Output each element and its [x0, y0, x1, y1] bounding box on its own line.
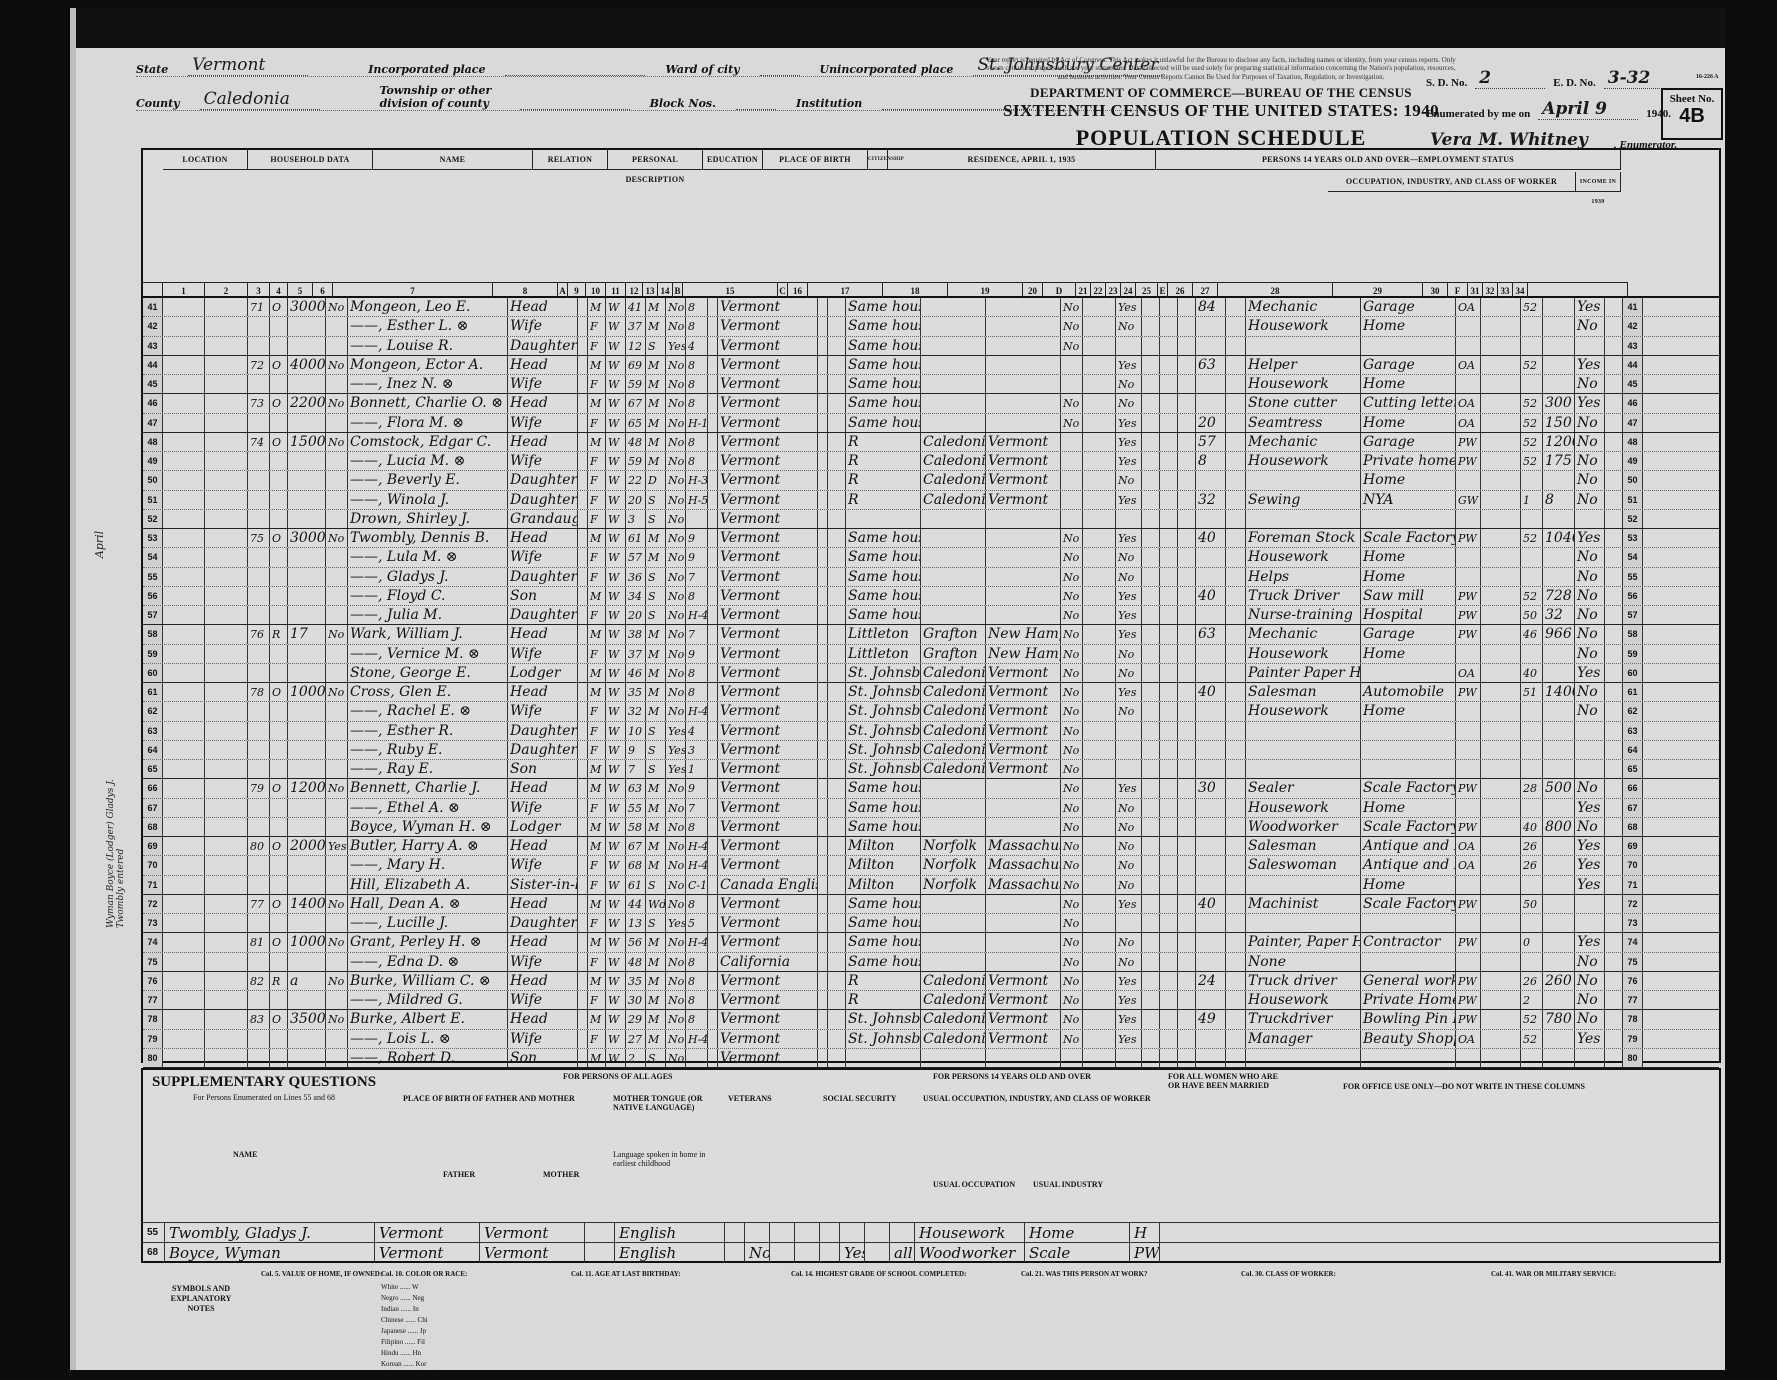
cell-name: ——, Lois L. ⊗	[348, 1030, 508, 1048]
cell-res-farm	[1061, 452, 1083, 470]
cell-blank	[1481, 548, 1521, 566]
cell-name: ——, Lucia M. ⊗	[348, 452, 508, 470]
cell-blank	[578, 394, 588, 412]
cell-line: 41	[1623, 298, 1643, 316]
cell-name: ——, Flora M. ⊗	[348, 414, 508, 432]
cell-value	[288, 702, 326, 720]
cell-res-city: R	[846, 972, 921, 990]
cell-blank	[1226, 529, 1246, 547]
cell-blank	[1142, 491, 1160, 509]
cell-res-farm: No	[1061, 837, 1083, 855]
cell-blank	[1178, 394, 1196, 412]
cell-age: 13	[626, 914, 646, 932]
cell-res-state: Vermont	[986, 433, 1061, 451]
cell-age: 56	[626, 933, 646, 951]
cell-blank	[578, 414, 588, 432]
cell-blank	[1178, 914, 1196, 932]
supp-cell-name: Boyce, Wyman	[165, 1243, 375, 1262]
cell-age: 58	[626, 818, 646, 836]
cell-res-farm: No	[1061, 1010, 1083, 1028]
cell-blank	[1142, 452, 1160, 470]
cell-value: 3000	[288, 529, 326, 547]
supp-cell-father: Vermont	[375, 1243, 480, 1262]
supp-social-security: SOCIAL SECURITY	[823, 1094, 897, 1103]
cell-sch: No	[666, 933, 686, 951]
cell-blank	[818, 779, 828, 797]
cell-occ-hrs	[1196, 471, 1226, 489]
column-number: 33	[1498, 282, 1513, 298]
cell-blank	[578, 356, 588, 374]
cell-farm	[326, 568, 348, 586]
cell-race: W	[606, 471, 626, 489]
cell-blank	[205, 818, 248, 836]
cell-cls: OA	[1456, 664, 1481, 682]
supp-cell-mother: Vermont	[480, 1243, 585, 1262]
cell-blank	[1481, 991, 1521, 1009]
cell-age: 3	[626, 510, 646, 528]
cell-grade: H-4	[686, 856, 708, 874]
cell-blank	[578, 856, 588, 874]
cell-blank	[828, 702, 846, 720]
cell-line: 42	[143, 317, 163, 335]
cell-own: R	[270, 625, 288, 643]
cell-value	[288, 337, 326, 355]
table-row: 70——, Mary H.WifeFW68MNoH-4VermontMilton…	[143, 856, 1719, 875]
cell-cls	[1456, 741, 1481, 759]
cell-mar: D	[646, 471, 666, 489]
cell-blank	[1178, 895, 1196, 913]
cell-sch: No	[666, 414, 686, 432]
cell-res-farm	[1061, 356, 1083, 374]
cell-occ: Painter Paper Hanger	[1246, 664, 1361, 682]
cell-grade: H-5	[686, 491, 708, 509]
cell-ind: Garage	[1361, 433, 1456, 451]
note-col21: Col. 21. WAS THIS PERSON AT WORK?	[1021, 1270, 1148, 1278]
cell-blank	[205, 587, 248, 605]
race-code-item: Korean ...... Kor	[381, 1359, 531, 1370]
cell-mar: S	[646, 722, 666, 740]
cell-ind: Home	[1361, 876, 1456, 894]
column-number: 5	[288, 282, 313, 298]
cell-blank	[1481, 452, 1521, 470]
cell-birth: Vermont	[718, 914, 818, 932]
cell-occ-hrs: 20	[1196, 414, 1226, 432]
cell-line: 50	[1623, 471, 1643, 489]
cell-blank	[1605, 491, 1623, 509]
cell-blank	[708, 991, 718, 1009]
cell-name: Stone, George E.	[348, 664, 508, 682]
cell-blank	[1481, 664, 1521, 682]
cell-occ: Salesman	[1246, 837, 1361, 855]
cell-blank	[1083, 433, 1116, 451]
cell-blank	[578, 510, 588, 528]
cell-own: O	[270, 394, 288, 412]
cell-blank	[1083, 491, 1116, 509]
cell-line: 77	[143, 991, 163, 1009]
cell-hh	[248, 317, 270, 335]
cell-line: 50	[143, 471, 163, 489]
cell-hh	[248, 876, 270, 894]
cell-birth: Vermont	[718, 837, 818, 855]
cell-blank	[1160, 548, 1178, 566]
cell-weeks: 50	[1521, 606, 1543, 624]
cell-mar: S	[646, 741, 666, 759]
cell-sex: M	[588, 394, 606, 412]
cell-res-state: Vermont	[986, 972, 1061, 990]
cell-weeks: 52	[1521, 433, 1543, 451]
table-row: 65——, Ray E.SonMW7SYes1VermontSt. Johnsb…	[143, 760, 1719, 779]
cell-age: 36	[626, 568, 646, 586]
cell-sch: Yes	[666, 741, 686, 759]
cell-farm	[326, 1030, 348, 1048]
cell-sch: No	[666, 317, 686, 335]
cell-hh	[248, 664, 270, 682]
cell-blank	[1226, 1030, 1246, 1048]
cell-other: Yes	[1575, 664, 1605, 682]
cell-blank	[205, 1010, 248, 1028]
cell-weeks	[1521, 471, 1543, 489]
cell-res-county: Caledonia	[921, 760, 986, 778]
cell-birth: Canada English	[718, 876, 818, 894]
cell-work: Yes	[1116, 491, 1142, 509]
cell-blank	[1160, 356, 1178, 374]
cell-res-county	[921, 799, 986, 817]
cell-sch: No	[666, 702, 686, 720]
cell-farm	[326, 876, 348, 894]
cell-blank	[1178, 856, 1196, 874]
cell-blank	[205, 625, 248, 643]
cell-hh: 77	[248, 895, 270, 913]
cell-blank	[1142, 529, 1160, 547]
cell-work	[1116, 337, 1142, 355]
cell-res-state: Massachusetts	[986, 856, 1061, 874]
cell-sch: No	[666, 298, 686, 316]
cell-rel: Head	[508, 837, 578, 855]
cell-farm	[326, 991, 348, 1009]
cell-weeks: 50	[1521, 895, 1543, 913]
cell-value	[288, 491, 326, 509]
supp-cell-blank	[725, 1243, 745, 1262]
supp-cell-line: 68	[143, 1243, 165, 1262]
cell-rel: Head	[508, 356, 578, 374]
cell-weeks: 52	[1521, 394, 1543, 412]
cell-blank	[708, 317, 718, 335]
cell-work: No	[1116, 818, 1142, 836]
cell-blank	[1083, 587, 1116, 605]
cell-blank	[1605, 414, 1623, 432]
cell-wages	[1543, 510, 1575, 528]
cell-res-state	[986, 818, 1061, 836]
cell-blank	[708, 702, 718, 720]
cell-farm: No	[326, 1010, 348, 1028]
cell-res-state	[986, 933, 1061, 951]
cell-grade: 9	[686, 645, 708, 663]
cell-farm	[326, 317, 348, 335]
cell-weeks	[1521, 722, 1543, 740]
cell-other	[1575, 510, 1605, 528]
cell-occ-hrs	[1196, 837, 1226, 855]
cell-name: Butler, Harry A. ⊗	[348, 837, 508, 855]
cell-res-state: New Hampshire	[986, 645, 1061, 663]
cell-occ-hrs	[1196, 914, 1226, 932]
column-number: 3	[248, 282, 270, 298]
cell-grade: H-1	[686, 414, 708, 432]
cell-occ	[1246, 722, 1361, 740]
supp-office: FOR OFFICE USE ONLY—DO NOT WRITE IN THES…	[1343, 1082, 1585, 1091]
cell-blank	[1481, 722, 1521, 740]
table-row: 80——, Robert D.SonMW2SNoVermont80	[143, 1049, 1719, 1068]
cell-line: 56	[143, 587, 163, 605]
cell-sex: F	[588, 914, 606, 932]
cell-blank	[163, 953, 205, 971]
sheet-number-box: Sheet No. 4B	[1661, 88, 1723, 140]
cell-blank	[1605, 799, 1623, 817]
cell-cls	[1456, 876, 1481, 894]
population-table: LOCATION HOUSEHOLD DATA NAME RELATION PE…	[141, 148, 1721, 1063]
cell-occ-hrs	[1196, 606, 1226, 624]
cell-ind: Home	[1361, 645, 1456, 663]
cell-birth: Vermont	[718, 337, 818, 355]
cell-res-state: New Hampshire	[986, 625, 1061, 643]
cell-res-farm: No	[1061, 702, 1083, 720]
cell-blank	[1481, 837, 1521, 855]
cell-age: 9	[626, 741, 646, 759]
supp-tongue: MOTHER TONGUE (OR NATIVE LANGUAGE)	[613, 1094, 713, 1112]
cell-own	[270, 953, 288, 971]
cell-blank	[1605, 606, 1623, 624]
cell-ind: Scale Factory	[1361, 818, 1456, 836]
cell-grade: 7	[686, 625, 708, 643]
cell-mar: M	[646, 548, 666, 566]
cell-blank	[163, 568, 205, 586]
cell-value	[288, 991, 326, 1009]
cell-line: 76	[143, 972, 163, 990]
cell-birth: Vermont	[718, 548, 818, 566]
cell-line: 67	[1623, 799, 1643, 817]
cell-hh: 78	[248, 683, 270, 701]
cell-work: No	[1116, 933, 1142, 951]
cell-name: ——, Rachel E. ⊗	[348, 702, 508, 720]
cell-blank	[205, 856, 248, 874]
cell-blank	[1160, 375, 1178, 393]
cell-work: Yes	[1116, 683, 1142, 701]
cell-blank	[1226, 722, 1246, 740]
cell-race: W	[606, 702, 626, 720]
cell-blank	[1226, 837, 1246, 855]
column-number	[143, 282, 163, 298]
cell-blank	[1226, 856, 1246, 874]
cell-blank	[163, 529, 205, 547]
cell-hh	[248, 375, 270, 393]
cell-sex: M	[588, 356, 606, 374]
cell-mar: S	[646, 568, 666, 586]
cell-blank	[708, 375, 718, 393]
cell-sch: Yes	[666, 337, 686, 355]
cell-wages: 32	[1543, 606, 1575, 624]
cell-res-state: Vermont	[986, 722, 1061, 740]
cell-res-county: Caledonia	[921, 452, 986, 470]
cell-blank	[828, 818, 846, 836]
cell-grade: 8	[686, 317, 708, 335]
cell-sch: No	[666, 625, 686, 643]
cell-res-city: Milton	[846, 837, 921, 855]
sd-label: S. D. No.	[1426, 77, 1467, 89]
cell-cls: PW	[1456, 818, 1481, 836]
cell-line: 61	[143, 683, 163, 701]
cell-race: W	[606, 529, 626, 547]
cell-res-county: Caledonia	[921, 702, 986, 720]
cell-res-farm	[1061, 1049, 1083, 1067]
cell-other	[1575, 722, 1605, 740]
cell-occ-hrs	[1196, 818, 1226, 836]
cell-blank	[1226, 298, 1246, 316]
cell-res-county	[921, 1049, 986, 1067]
cell-weeks: 52	[1521, 452, 1543, 470]
cell-occ-hrs: 30	[1196, 779, 1226, 797]
cell-farm: No	[326, 895, 348, 913]
cell-res-state: Vermont	[986, 741, 1061, 759]
cell-res-county: Caledonia	[921, 433, 986, 451]
note-col10: Col. 10. COLOR OR RACE:	[381, 1270, 467, 1278]
cell-blank	[818, 683, 828, 701]
cell-occ-hrs	[1196, 722, 1226, 740]
cell-rel: Wife	[508, 414, 578, 432]
table-row: 4171O3000NoMongeon, Leo E.HeadMW41MNo8Ve…	[143, 298, 1719, 317]
cell-other: No	[1575, 1010, 1605, 1028]
cell-sex: M	[588, 1049, 606, 1067]
cell-farm	[326, 856, 348, 874]
cell-blank	[1160, 972, 1178, 990]
cell-occ-hrs	[1196, 953, 1226, 971]
cell-cls: PW	[1456, 683, 1481, 701]
cell-blank	[205, 317, 248, 335]
cell-blank	[1160, 414, 1178, 432]
cell-cls	[1456, 760, 1481, 778]
cell-blank	[1178, 799, 1196, 817]
cell-rel: Daughter	[508, 471, 578, 489]
cell-blank	[1083, 471, 1116, 489]
cell-res-county	[921, 414, 986, 432]
cell-sch: No	[666, 568, 686, 586]
cell-occ: Housework	[1246, 799, 1361, 817]
state-value: Vermont	[188, 55, 308, 76]
cell-race: W	[606, 991, 626, 1009]
supplementary-subtitle: For Persons Enumerated on Lines 55 and 6…	[149, 1090, 379, 1106]
cell-name: ——, Louise R.	[348, 337, 508, 355]
cell-blank	[163, 452, 205, 470]
cell-weeks	[1521, 510, 1543, 528]
cell-sex: F	[588, 991, 606, 1009]
cell-blank	[1178, 510, 1196, 528]
cell-sch: No	[666, 1049, 686, 1067]
cell-grade: 8	[686, 433, 708, 451]
township-label: Township or other division of county	[380, 84, 500, 110]
cell-work: No	[1116, 645, 1142, 663]
cell-age: 63	[626, 779, 646, 797]
cell-res-state: Vermont	[986, 991, 1061, 1009]
cell-birth: Vermont	[718, 625, 818, 643]
cell-blank	[578, 529, 588, 547]
cell-sch: No	[666, 664, 686, 682]
cell-blank	[578, 317, 588, 335]
note-col11: Col. 11. AGE AT LAST BIRTHDAY:	[571, 1270, 681, 1278]
cell-occ-hrs	[1196, 548, 1226, 566]
cell-other: Yes	[1575, 394, 1605, 412]
cell-farm	[326, 548, 348, 566]
cell-blank	[1605, 452, 1623, 470]
cell-res-state	[986, 337, 1061, 355]
cell-value: 2200	[288, 394, 326, 412]
cell-blank	[818, 317, 828, 335]
cell-rel: Head	[508, 394, 578, 412]
cell-occ: Painter, Paper Hanger	[1246, 933, 1361, 951]
cell-mar: M	[646, 645, 666, 663]
cell-blank	[205, 991, 248, 1009]
column-number: 10	[586, 282, 606, 298]
cell-occ-hrs	[1196, 568, 1226, 586]
cell-blank	[818, 1010, 828, 1028]
column-number: 11	[606, 282, 626, 298]
cell-res-city: St. Johnsbury	[846, 1030, 921, 1048]
cell-blank	[1178, 298, 1196, 316]
cell-occ: Mechanic	[1246, 433, 1361, 451]
cell-blank	[1142, 1030, 1160, 1048]
race-code-item: Japanese ...... Jp	[381, 1326, 531, 1337]
cell-blank	[1226, 664, 1246, 682]
cell-blank	[1481, 375, 1521, 393]
cell-blank	[1083, 856, 1116, 874]
cell-age: 29	[626, 1010, 646, 1028]
cell-value: 1400	[288, 895, 326, 913]
cell-res-city: Same house	[846, 895, 921, 913]
cell-blank	[1226, 914, 1246, 932]
cell-sch: No	[666, 895, 686, 913]
cell-farm	[326, 702, 348, 720]
cell-age: 35	[626, 972, 646, 990]
cell-res-city: Same house	[846, 394, 921, 412]
cell-blank	[1160, 510, 1178, 528]
cell-res-farm: No	[1061, 337, 1083, 355]
cell-sex: F	[588, 741, 606, 759]
cell-res-city: Littleton	[846, 645, 921, 663]
cell-work	[1116, 1049, 1142, 1067]
cell-value	[288, 375, 326, 393]
cell-own	[270, 1049, 288, 1067]
cell-own	[270, 799, 288, 817]
cell-mar: S	[646, 760, 666, 778]
cell-blank	[1178, 587, 1196, 605]
cell-wages	[1543, 356, 1575, 374]
cell-blank	[1160, 337, 1178, 355]
cell-weeks	[1521, 375, 1543, 393]
cell-blank	[205, 375, 248, 393]
cell-blank	[1083, 953, 1116, 971]
cell-sex: F	[588, 317, 606, 335]
cell-line: 69	[143, 837, 163, 855]
cell-line: 44	[143, 356, 163, 374]
cell-own	[270, 645, 288, 663]
column-number: F	[1448, 282, 1468, 298]
cell-occ: Housework	[1246, 548, 1361, 566]
cell-birth: Vermont	[718, 799, 818, 817]
cell-cls	[1456, 722, 1481, 740]
cell-rel: Son	[508, 587, 578, 605]
cell-res-farm: No	[1061, 722, 1083, 740]
table-row: 59——, Vernice M. ⊗WifeFW37MNo9VermontLit…	[143, 645, 1719, 664]
race-code-item: Other races, spell out in full.	[381, 1370, 531, 1380]
cell-grade: 8	[686, 991, 708, 1009]
cell-blank	[163, 895, 205, 913]
